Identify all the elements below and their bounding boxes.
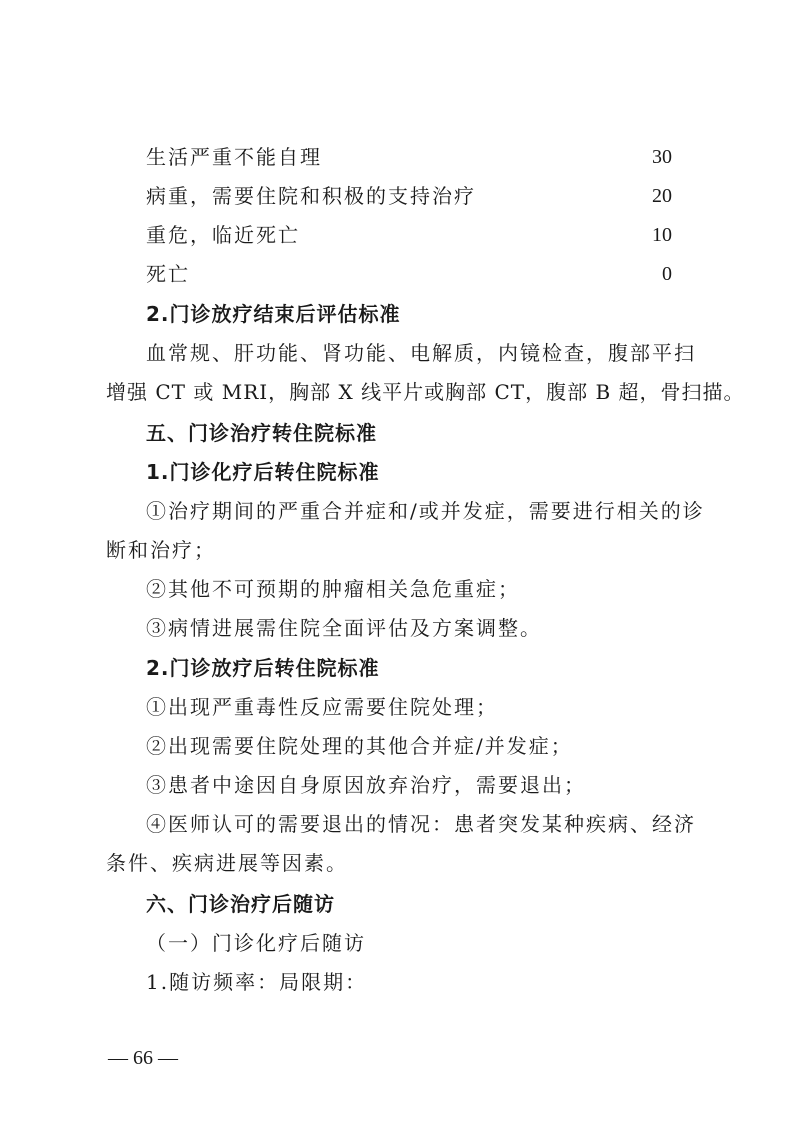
list-item: ③病情进展需住院全面评估及方案调整。 [146, 616, 542, 640]
paragraph-line: 血常规、肝功能、肾功能、电解质，内镜检查，腹部平扫 [146, 341, 696, 365]
list-item-continuation: 条件、疾病进展等因素。 [106, 851, 348, 875]
score-row: 重危，临近死亡 10 [146, 223, 672, 247]
score-row: 病重，需要住院和积极的支持治疗 20 [146, 184, 672, 208]
score-label: 重危，临近死亡 [146, 223, 300, 247]
list-item: ①出现严重毒性反应需要住院处理； [146, 695, 498, 719]
paragraph-line: 增强 CT 或 MRI，胸部 X 线平片或胸部 CT，腹部 B 超，骨扫描。 [106, 380, 745, 404]
score-label: 死亡 [146, 262, 190, 286]
subsection-title: 2.门诊放疗结束后评估标准 [146, 302, 401, 326]
subsection-title: 1.门诊化疗后转住院标准 [146, 460, 380, 484]
subsection-title: 2.门诊放疗后转住院标准 [146, 656, 380, 680]
list-item: ②出现需要住院处理的其他合并症/并发症； [146, 734, 573, 758]
score-row: 生活严重不能自理 30 [146, 145, 672, 169]
list-item: ①治疗期间的严重合并症和/或并发症，需要进行相关的诊 [146, 499, 705, 523]
list-item-continuation: 断和治疗； [106, 538, 216, 562]
subsection-title: （一）门诊化疗后随访 [146, 931, 366, 955]
score-value: 20 [652, 184, 672, 208]
page-number: — 66 — [108, 1047, 178, 1070]
section-title: 六、门诊治疗后随访 [146, 892, 335, 916]
score-value: 0 [662, 262, 672, 286]
paragraph-line: 1.随访频率：局限期： [146, 970, 367, 994]
score-value: 10 [652, 223, 672, 247]
score-value: 30 [652, 145, 672, 169]
list-item: ③患者中途因自身原因放弃治疗，需要退出； [146, 773, 586, 797]
list-item: ②其他不可预期的肿瘤相关急危重症； [146, 577, 520, 601]
section-title: 五、门诊治疗转住院标准 [146, 421, 377, 445]
list-item: ④医师认可的需要退出的情况：患者突发某种疾病、经济 [146, 812, 696, 836]
score-label: 生活严重不能自理 [146, 145, 322, 169]
score-label: 病重，需要住院和积极的支持治疗 [146, 184, 476, 208]
score-row: 死亡 0 [146, 262, 672, 286]
